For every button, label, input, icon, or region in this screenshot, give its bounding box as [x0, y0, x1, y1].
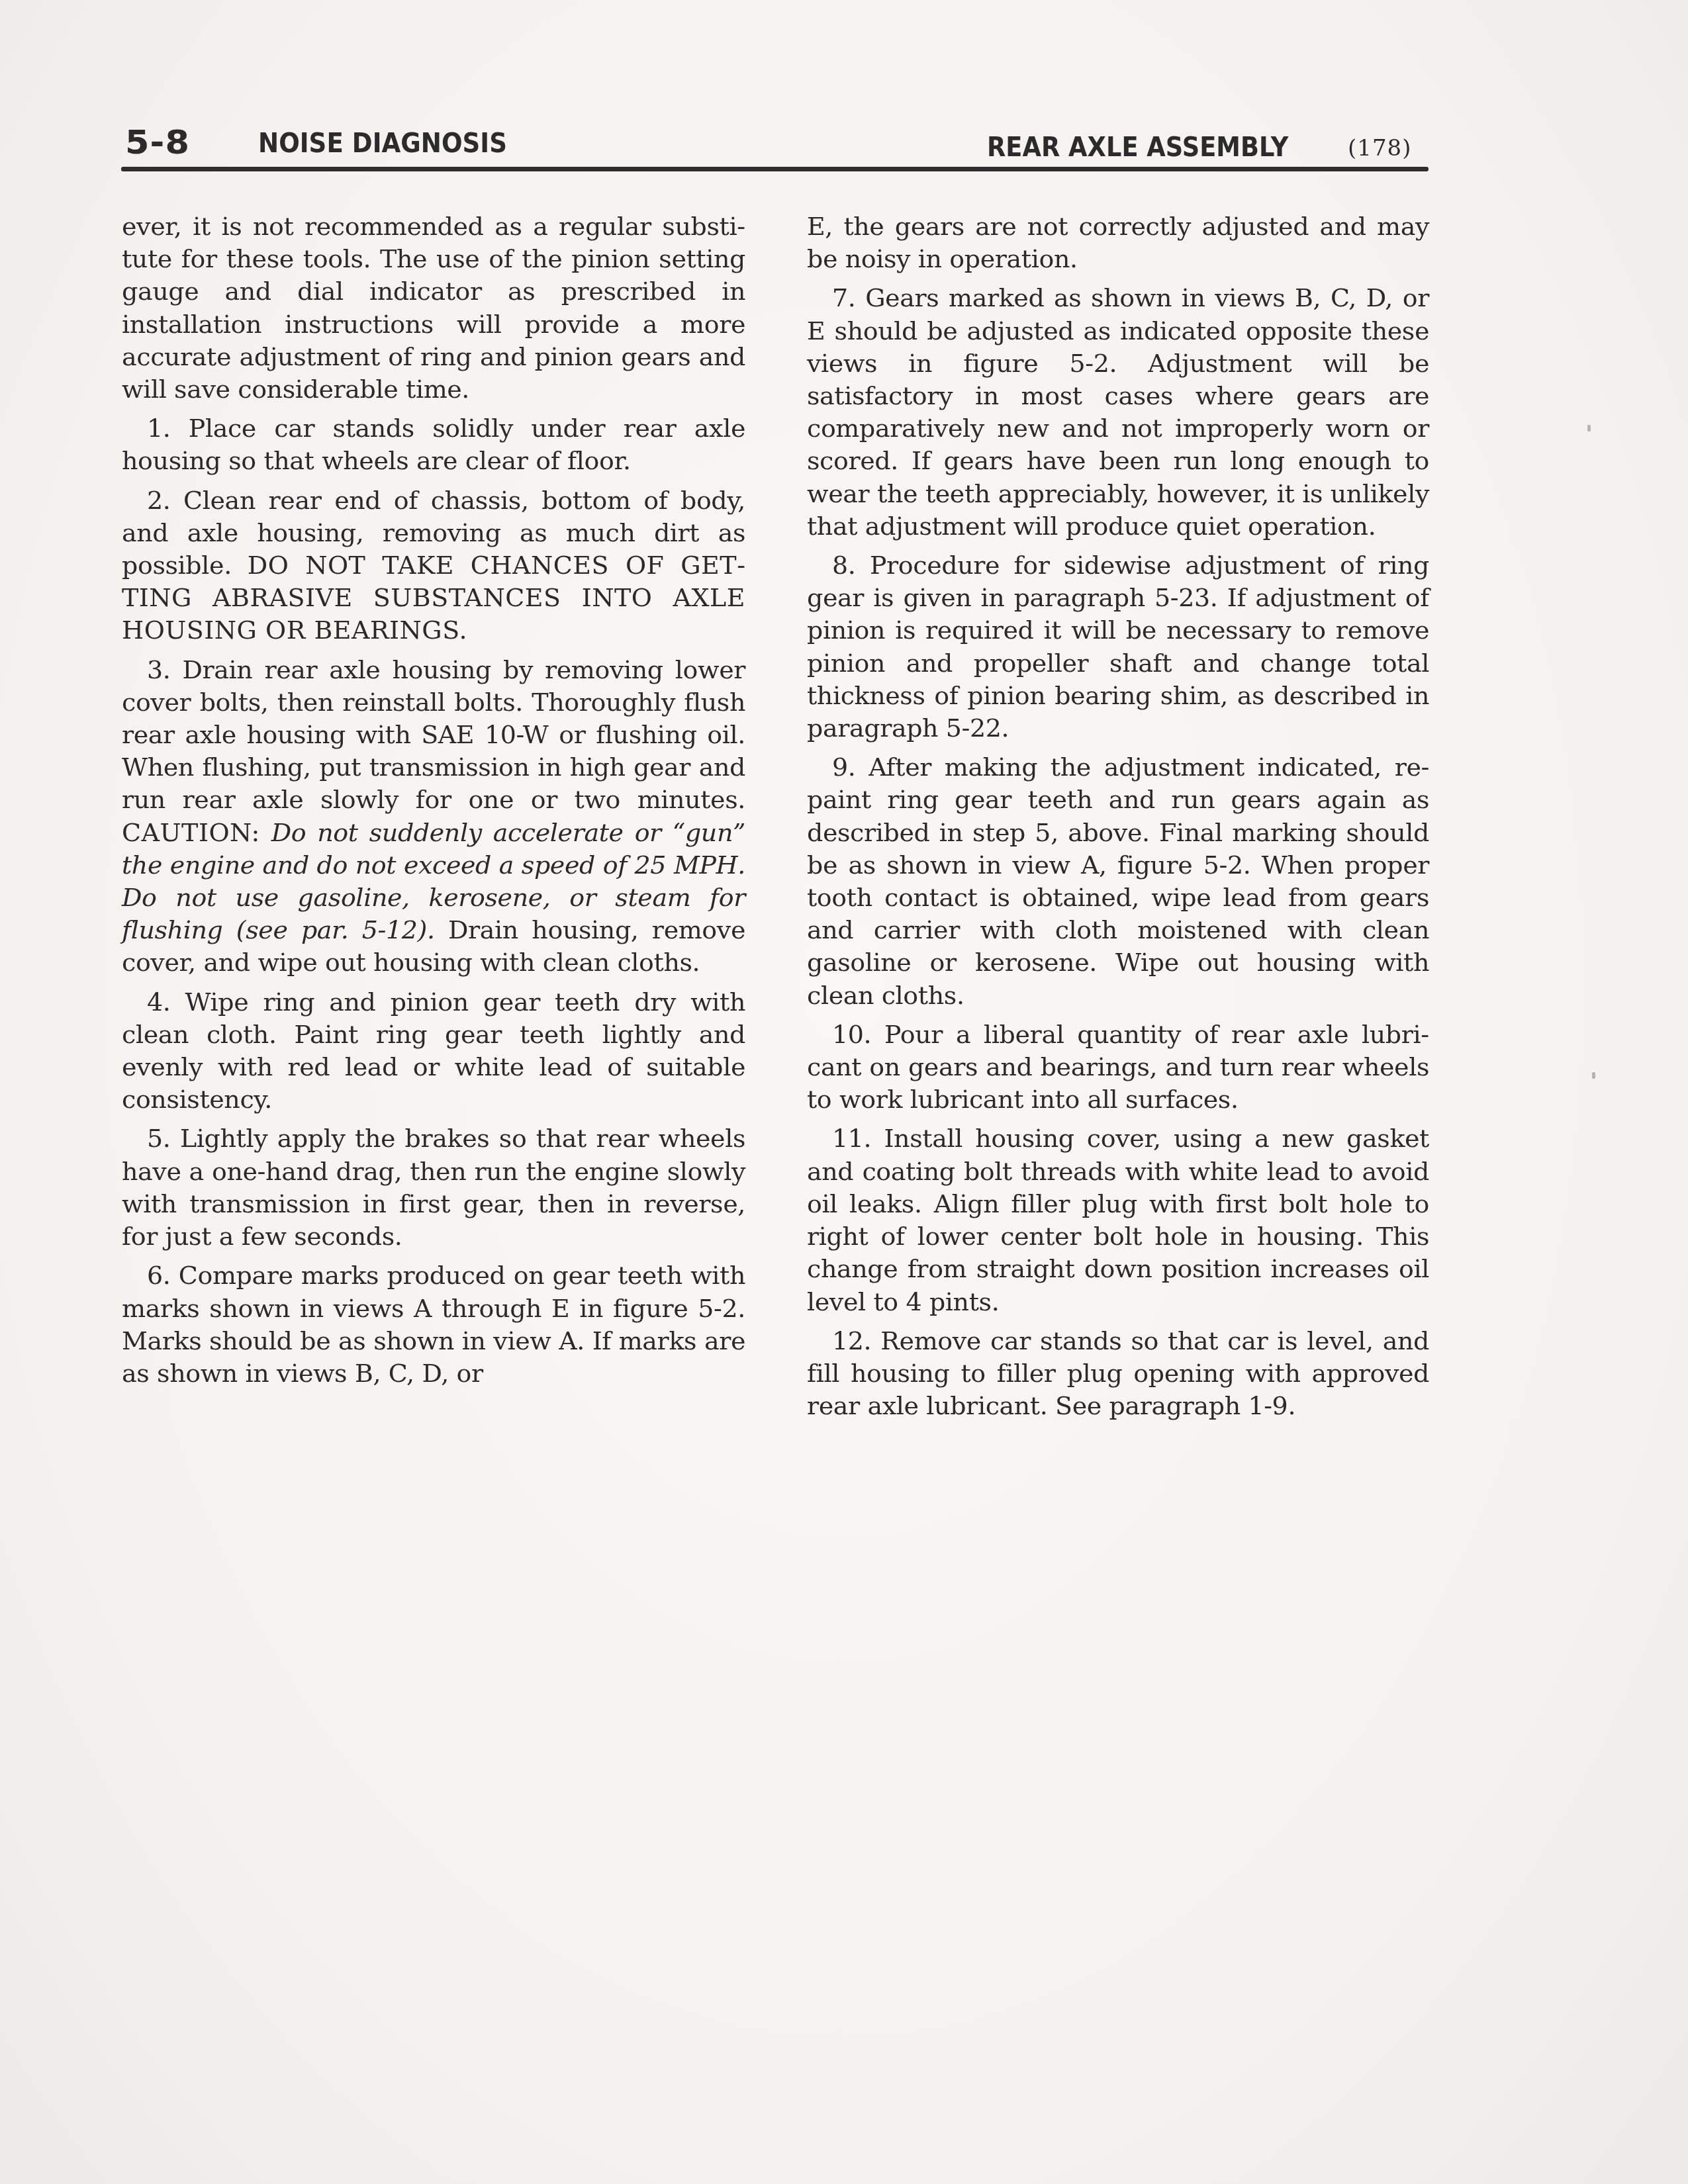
step-12: 12. Remove car stands so that car is lev… [807, 1325, 1429, 1423]
folio-number: (178) [1348, 135, 1411, 161]
step-3: 3. Drain rear axle housing by removing l… [122, 654, 745, 979]
page-number: 5-8 [125, 123, 190, 161]
step-9: 9. After making the adjustment indicated… [807, 751, 1429, 1012]
page-header: 5-8 NOISE DIAGNOSIS REAR AXLE ASSEMBLY (… [121, 123, 1429, 163]
intro-paragraph: ever, it is not recommended as a regular… [122, 210, 745, 406]
step-7: 7. Gears marked as shown in views B, C, … [807, 282, 1429, 543]
step-11: 11. Install housing cover, using a new g… [807, 1122, 1429, 1318]
header-rule [121, 167, 1429, 171]
continuation-paragraph: E, the gears are not correctly adjusted … [807, 210, 1429, 275]
scan-speck [1592, 1072, 1595, 1079]
step-6: 6. Compare marks produced on gear teeth … [122, 1259, 745, 1390]
caution-label: CAUTION: [122, 818, 260, 847]
step-4: 4. Wipe ring and pinion gear teeth dry w… [122, 986, 745, 1116]
step-1: 1. Place car stands solidly under rear a… [122, 412, 745, 477]
step-3-text: 3. Drain rear axle housing by removing l… [122, 655, 745, 815]
step-8: 8. Procedure for sidewise adjustment of … [807, 549, 1429, 745]
left-column: ever, it is not recommended as a regular… [122, 210, 745, 1396]
right-column: E, the gears are not correctly adjusted … [807, 210, 1429, 1429]
step-5: 5. Lightly apply the brakes so that rear… [122, 1122, 745, 1253]
section-title: NOISE DIAGNOSIS [258, 128, 507, 159]
step-2: 2. Clean rear end of chassis, bottom of … [122, 484, 745, 647]
step-10: 10. Pour a liberal quantity of rear axle… [807, 1019, 1429, 1116]
scan-speck [1587, 425, 1591, 432]
chapter-title: REAR AXLE ASSEMBLY [987, 132, 1288, 163]
